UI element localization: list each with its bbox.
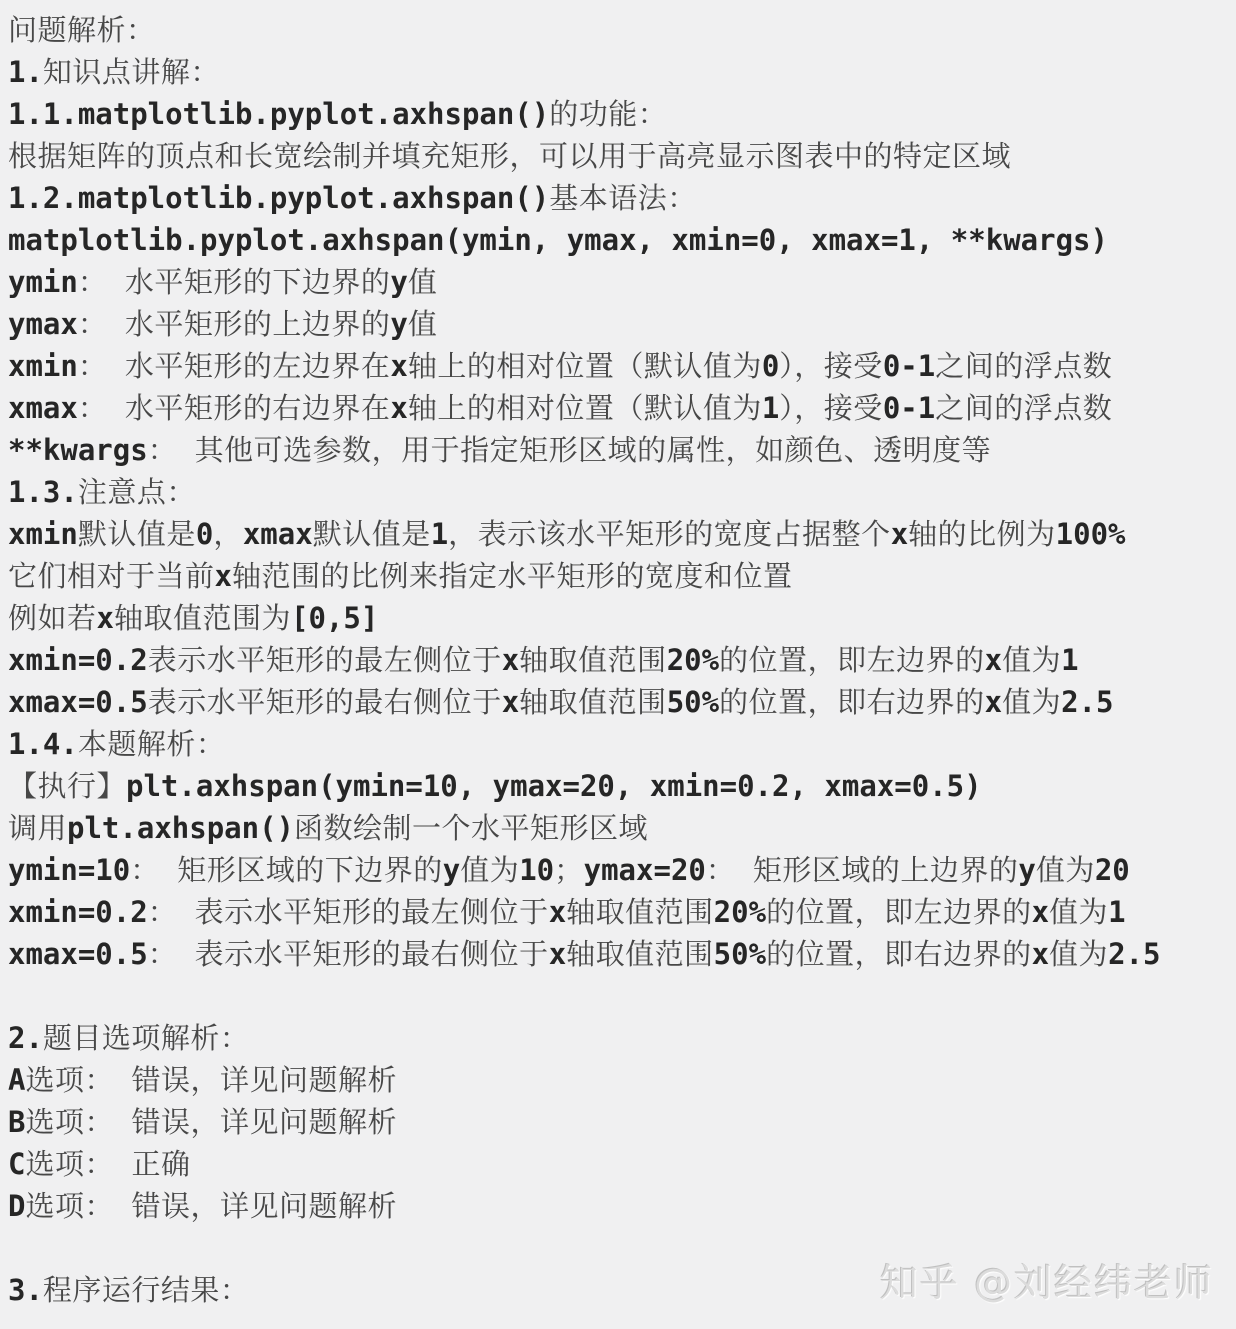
text-line: [8, 975, 1236, 1017]
code-text: ymin: [8, 265, 78, 299]
code-text: y: [443, 853, 460, 887]
text-line: 2.题目选项解析：: [8, 1017, 1236, 1059]
code-text: x: [502, 643, 519, 677]
code-text: [114, 1105, 131, 1139]
code-text: 1.1.matplotlib.pyplot.axhspan(): [8, 97, 549, 131]
code-text: 50%: [667, 685, 719, 719]
code-text: 20%: [714, 895, 766, 929]
code-text: 1.2.matplotlib.pyplot.axhspan(): [8, 181, 549, 215]
text-line: 1.3.注意点：: [8, 471, 1236, 513]
code-text: C: [8, 1147, 25, 1181]
text-line: xmin： 水平矩形的左边界在x轴上的相对位置（默认值为0），接受0-1之间的浮…: [8, 345, 1236, 387]
code-text: x: [502, 685, 519, 719]
code-text: x: [985, 685, 1002, 719]
code-text: A: [8, 1063, 25, 1097]
code-text: [177, 937, 194, 971]
code-text: xmax: [243, 517, 313, 551]
code-text: xmin=0.2: [8, 643, 148, 677]
code-text: 0-1: [883, 349, 935, 383]
code-text: 1: [762, 391, 779, 425]
text-line: 1.1.matplotlib.pyplot.axhspan()的功能：: [8, 93, 1236, 135]
code-text: [107, 391, 124, 425]
code-text: 2.5: [1061, 685, 1113, 719]
code-text: y: [1018, 853, 1035, 887]
code-text: [107, 349, 124, 383]
code-text: matplotlib.pyplot.axhspan(ymin, ymax, xm…: [8, 223, 1108, 257]
code-text: B: [8, 1105, 25, 1139]
code-text: 20%: [667, 643, 719, 677]
code-text: plt.axhspan(): [67, 811, 294, 845]
code-text: x: [390, 349, 407, 383]
code-text: [114, 1063, 131, 1097]
text-line: xmax=0.5表示水平矩形的最右侧位于x轴取值范围50%的位置，即右边界的x值…: [8, 681, 1236, 723]
text-line: xmax： 水平矩形的右边界在x轴上的相对位置（默认值为1），接受0-1之间的浮…: [8, 387, 1236, 429]
code-text: x: [985, 643, 1002, 677]
text-line: D选项： 错误，详见问题解析: [8, 1185, 1236, 1227]
answer-text-block: 问题解析：1.知识点讲解：1.1.matplotlib.pyplot.axhsp…: [8, 9, 1236, 1311]
code-text: x: [549, 937, 566, 971]
text-line: ymin=10： 矩形区域的下边界的y值为10；ymax=20： 矩形区域的上边…: [8, 849, 1236, 891]
code-text: 20: [1095, 853, 1130, 887]
code-text: xmin=0.2: [8, 895, 148, 929]
text-line: 1.知识点讲解：: [8, 51, 1236, 93]
text-line: 1.2.matplotlib.pyplot.axhspan()基本语法：: [8, 177, 1236, 219]
text-line: **kwargs： 其他可选参数，用于指定矩形区域的属性，如颜色、透明度等: [8, 429, 1236, 471]
code-text: 2.: [8, 1021, 43, 1055]
code-text: 1.: [8, 55, 43, 89]
text-line: xmin=0.2表示水平矩形的最左侧位于x轴取值范围20%的位置，即左边界的x值…: [8, 639, 1236, 681]
text-line: C选项： 正确: [8, 1143, 1236, 1185]
code-text: [107, 307, 124, 341]
code-text: 0: [196, 517, 213, 551]
code-text: x: [891, 517, 908, 551]
code-text: 10: [519, 853, 554, 887]
code-text: ymax=20: [584, 853, 706, 887]
code-text: [735, 853, 752, 887]
code-text: D: [8, 1189, 25, 1223]
code-text: [177, 895, 194, 929]
text-line: A选项： 错误，详见问题解析: [8, 1059, 1236, 1101]
code-text: xmax=0.5: [8, 937, 148, 971]
code-text: **kwargs: [8, 433, 148, 467]
code-text: [114, 1147, 131, 1181]
code-text: 0: [762, 349, 779, 383]
text-line: B选项： 错误，详见问题解析: [8, 1101, 1236, 1143]
text-line: xmax=0.5： 表示水平矩形的最右侧位于x轴取值范围50%的位置，即右边界的…: [8, 933, 1236, 975]
code-text: [107, 265, 124, 299]
code-text: y: [390, 307, 407, 341]
text-line: xmin=0.2： 表示水平矩形的最左侧位于x轴取值范围20%的位置，即左边界的…: [8, 891, 1236, 933]
code-text: ymax: [8, 307, 78, 341]
code-text: [114, 1189, 131, 1223]
code-text: x: [390, 391, 407, 425]
code-text: 1.3.: [8, 475, 78, 509]
code-text: ymin=10: [8, 853, 130, 887]
code-text: xmin: [8, 517, 78, 551]
code-text: x: [97, 601, 114, 635]
text-line: 1.4.本题解析：: [8, 723, 1236, 765]
code-text: 1: [1061, 643, 1078, 677]
code-text: 1: [1108, 895, 1125, 929]
code-text: [0,5]: [291, 601, 378, 635]
text-line: 例如若x轴取值范围为[0,5]: [8, 597, 1236, 639]
code-text: 100%: [1056, 517, 1126, 551]
code-text: [177, 433, 194, 467]
code-text: xmax: [8, 391, 78, 425]
code-text: 50%: [714, 937, 766, 971]
text-line: xmin默认值是0，xmax默认值是1，表示该水平矩形的宽度占据整个x轴的比例为…: [8, 513, 1236, 555]
zhihu-author-watermark: 知乎 @刘经纬老师: [880, 1252, 1214, 1307]
text-line: 调用plt.axhspan()函数绘制一个水平矩形区域: [8, 807, 1236, 849]
code-text: y: [390, 265, 407, 299]
text-line: matplotlib.pyplot.axhspan(ymin, ymax, xm…: [8, 219, 1236, 261]
text-line: ymax： 水平矩形的上边界的y值: [8, 303, 1236, 345]
text-line: 它们相对于当前x轴范围的比例来指定水平矩形的宽度和位置: [8, 555, 1236, 597]
code-text: x: [1032, 937, 1049, 971]
code-text: x: [215, 559, 232, 593]
code-text: 1: [431, 517, 448, 551]
code-text: xmax=0.5: [8, 685, 148, 719]
code-text: 1.4.: [8, 727, 78, 761]
text-line: 问题解析：: [8, 9, 1236, 51]
code-text: xmin: [8, 349, 78, 383]
document-page: 问题解析：1.知识点讲解：1.1.matplotlib.pyplot.axhsp…: [0, 0, 1236, 1329]
code-text: 3.: [8, 1273, 43, 1307]
code-text: x: [1032, 895, 1049, 929]
text-line: 根据矩阵的顶点和长宽绘制并填充矩形，可以用于高亮显示图表中的特定区域: [8, 135, 1236, 177]
code-text: x: [549, 895, 566, 929]
text-line: ymin： 水平矩形的下边界的y值: [8, 261, 1236, 303]
code-text: 0-1: [883, 391, 935, 425]
code-text: [160, 853, 177, 887]
text-line: 【执行】plt.axhspan(ymin=10, ymax=20, xmin=0…: [8, 765, 1236, 807]
code-text: plt.axhspan(ymin=10, ymax=20, xmin=0.2, …: [126, 769, 982, 803]
code-text: 2.5: [1108, 937, 1160, 971]
